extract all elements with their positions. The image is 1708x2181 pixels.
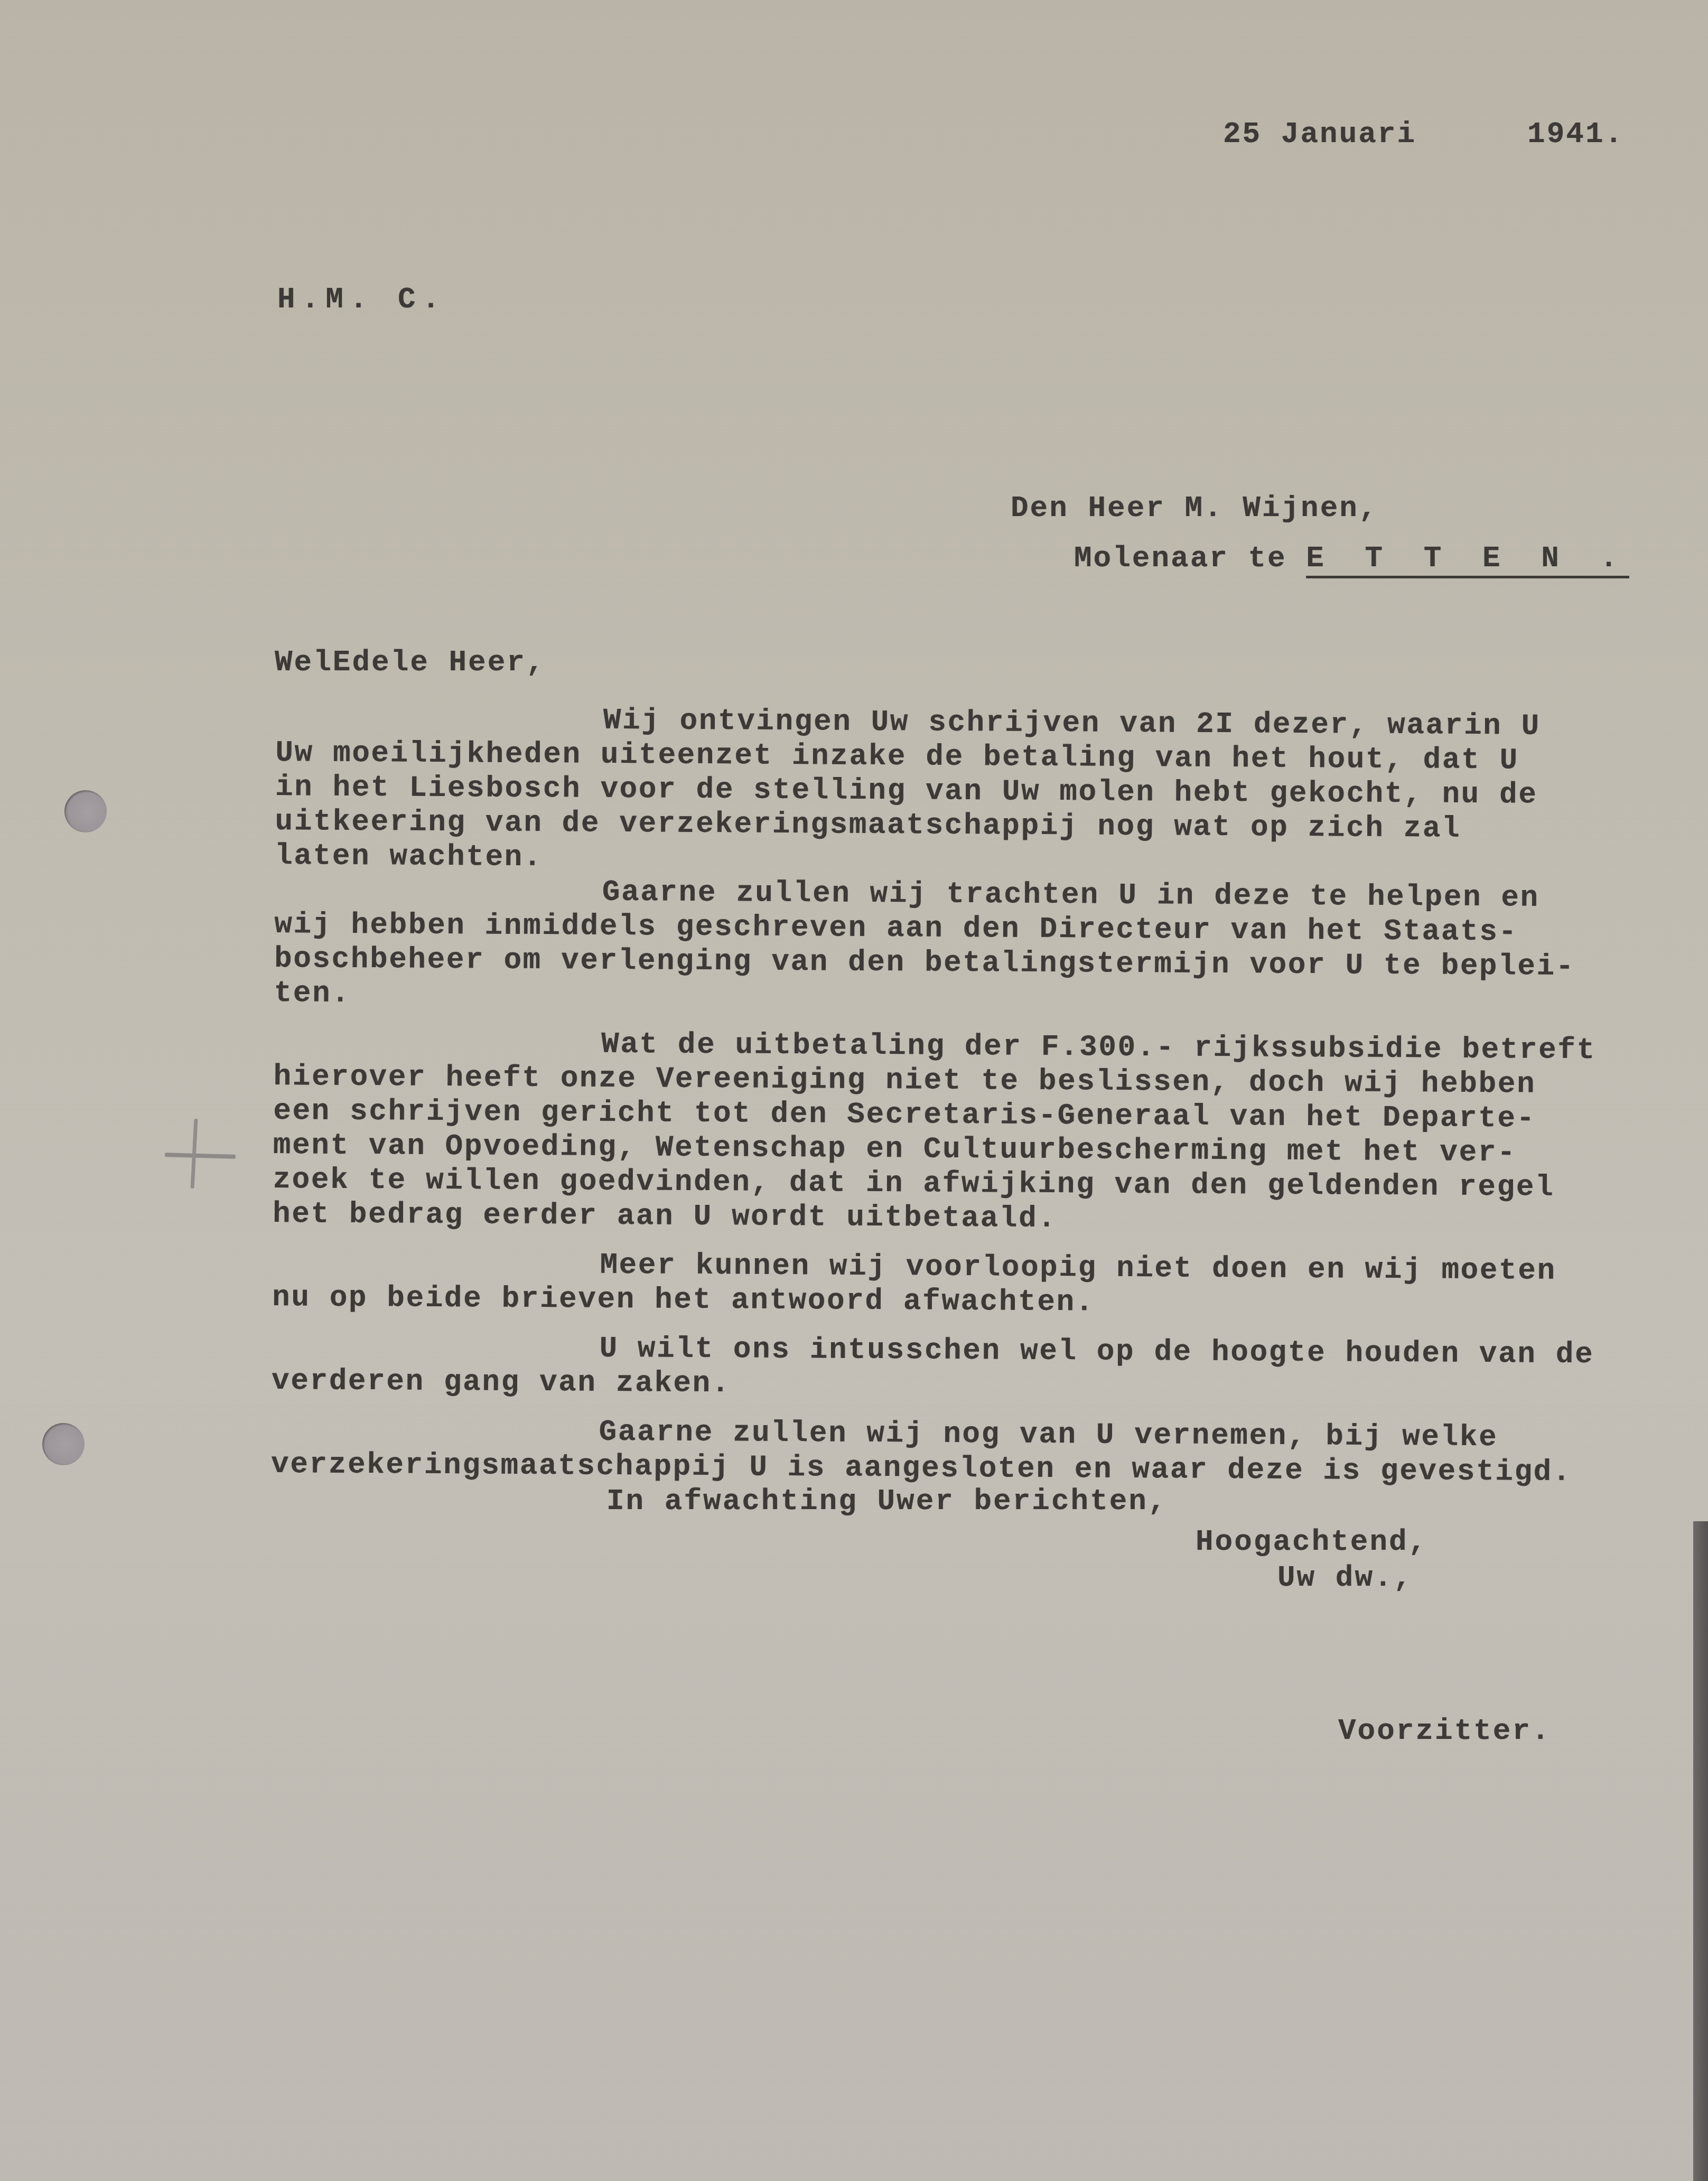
- letter-body: Wij ontvingen Uw schrijven van 2I dezer,…: [271, 701, 1702, 1490]
- closing-servant: Uw dw.,: [1277, 1561, 1413, 1595]
- letter-date: 25 Januari1941.: [1223, 117, 1624, 151]
- addressee-occupation: Molenaar te: [1074, 541, 1287, 575]
- addressee-location: Molenaar te E T T E N .: [1074, 541, 1629, 575]
- paragraph-5: U wilt ons intusschen wel op de hoogte h…: [272, 1330, 1698, 1407]
- paper-edge-shadow: [1693, 1521, 1708, 2181]
- punch-hole-top: [64, 790, 107, 832]
- reference-initials: H.M. C.: [277, 283, 446, 316]
- punch-hole-bottom: [42, 1423, 85, 1465]
- signature-title: Voorzitter.: [1338, 1714, 1551, 1748]
- addressee-name: Den Heer M. Wijnen,: [1011, 491, 1378, 525]
- paragraph-6: Gaarne zullen wij nog van U vernemen, bi…: [271, 1413, 1698, 1490]
- paragraph-1: Wij ontvingen Uw schrijven van 2I dezer,…: [275, 701, 1702, 882]
- closing-regards: Hoogachtend,: [1196, 1525, 1427, 1559]
- paragraph-4: Meer kunnen wij voorloopig niet doen en …: [272, 1246, 1699, 1323]
- addressee-city: E T T E N .: [1306, 541, 1629, 575]
- paragraph-3: Wat de uitbetaling der F.300.- rijkssubs…: [273, 1025, 1700, 1240]
- date-year: 1941.: [1527, 117, 1624, 151]
- closing-phrase: In afwachting Uwer berichten,: [606, 1484, 1168, 1518]
- pencil-cross-mark-icon: [165, 1119, 236, 1188]
- paragraph-2: Gaarne zullen wij trachten U in deze te …: [274, 873, 1701, 1019]
- salutation: WelEdele Heer,: [275, 645, 545, 679]
- date-day-month: 25 Januari: [1223, 117, 1416, 151]
